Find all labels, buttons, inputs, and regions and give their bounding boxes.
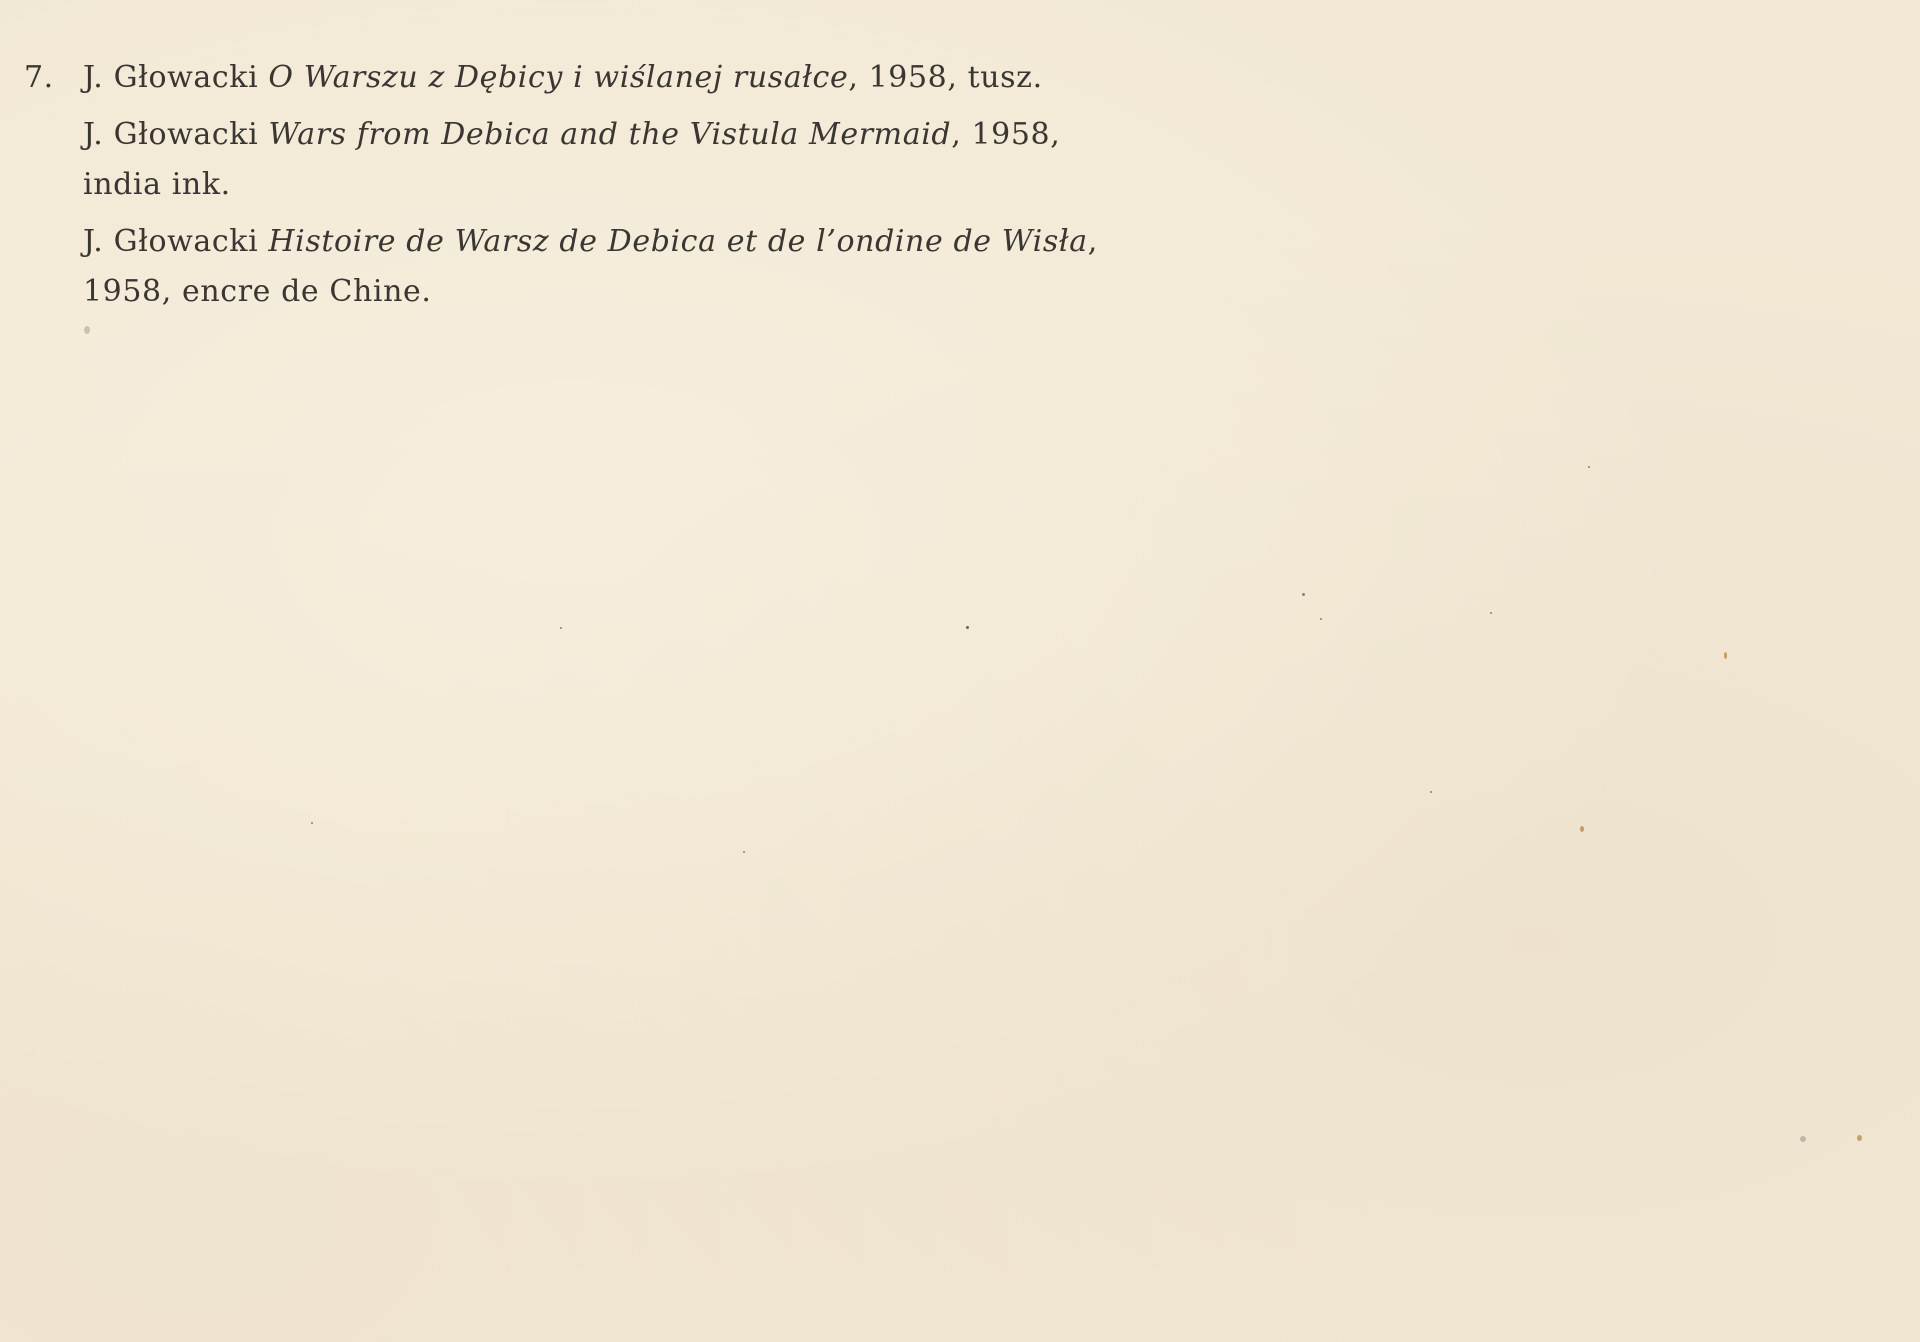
paper-speck	[560, 627, 562, 629]
paper-speck	[1320, 618, 1322, 620]
date-medium: , 1958, tusz.	[848, 60, 1042, 95]
document-page: 7. J. Głowacki O Warszu z Dębicy i wiśla…	[0, 0, 1920, 1342]
entry-number: 7.	[24, 60, 54, 96]
work-title: Histoire de Warsz de Debica et de l’ondi…	[268, 224, 1087, 259]
caption-english-line2: india ink.	[83, 167, 231, 203]
paper-speck	[1724, 652, 1727, 659]
medium: india ink.	[83, 167, 231, 202]
author-name: J. Głowacki	[83, 60, 258, 95]
date-medium: 1958, encre de Chine.	[83, 274, 432, 309]
author-name: J. Głowacki	[83, 224, 258, 259]
paper-speck	[966, 626, 969, 629]
paper-speck	[1302, 593, 1305, 596]
caption-polish: J. Głowacki O Warszu z Dębicy i wiślanej…	[83, 60, 1043, 96]
work-title: Wars from Debica and the Vistula Mermaid	[268, 117, 951, 152]
paper-speck	[1588, 466, 1590, 468]
paper-speck	[1580, 826, 1584, 832]
paper-speck	[1800, 1136, 1806, 1142]
caption-english-line1: J. Głowacki Wars from Debica and the Vis…	[83, 117, 1060, 153]
paper-speck	[311, 822, 313, 824]
paper-speck	[1490, 612, 1492, 614]
work-title: O Warszu z Dębicy i wiślanej rusałce	[268, 60, 848, 95]
punctuation: ,	[1088, 224, 1098, 259]
paper-speck	[1430, 791, 1432, 793]
paper-speck	[743, 851, 745, 853]
caption-french-line2: 1958, encre de Chine.	[83, 274, 432, 310]
date: , 1958,	[951, 117, 1060, 152]
caption-french-line1: J. Głowacki Histoire de Warsz de Debica …	[83, 224, 1098, 260]
author-name: J. Głowacki	[83, 117, 258, 152]
paper-speck	[84, 326, 90, 334]
paper-speck	[1857, 1135, 1862, 1141]
